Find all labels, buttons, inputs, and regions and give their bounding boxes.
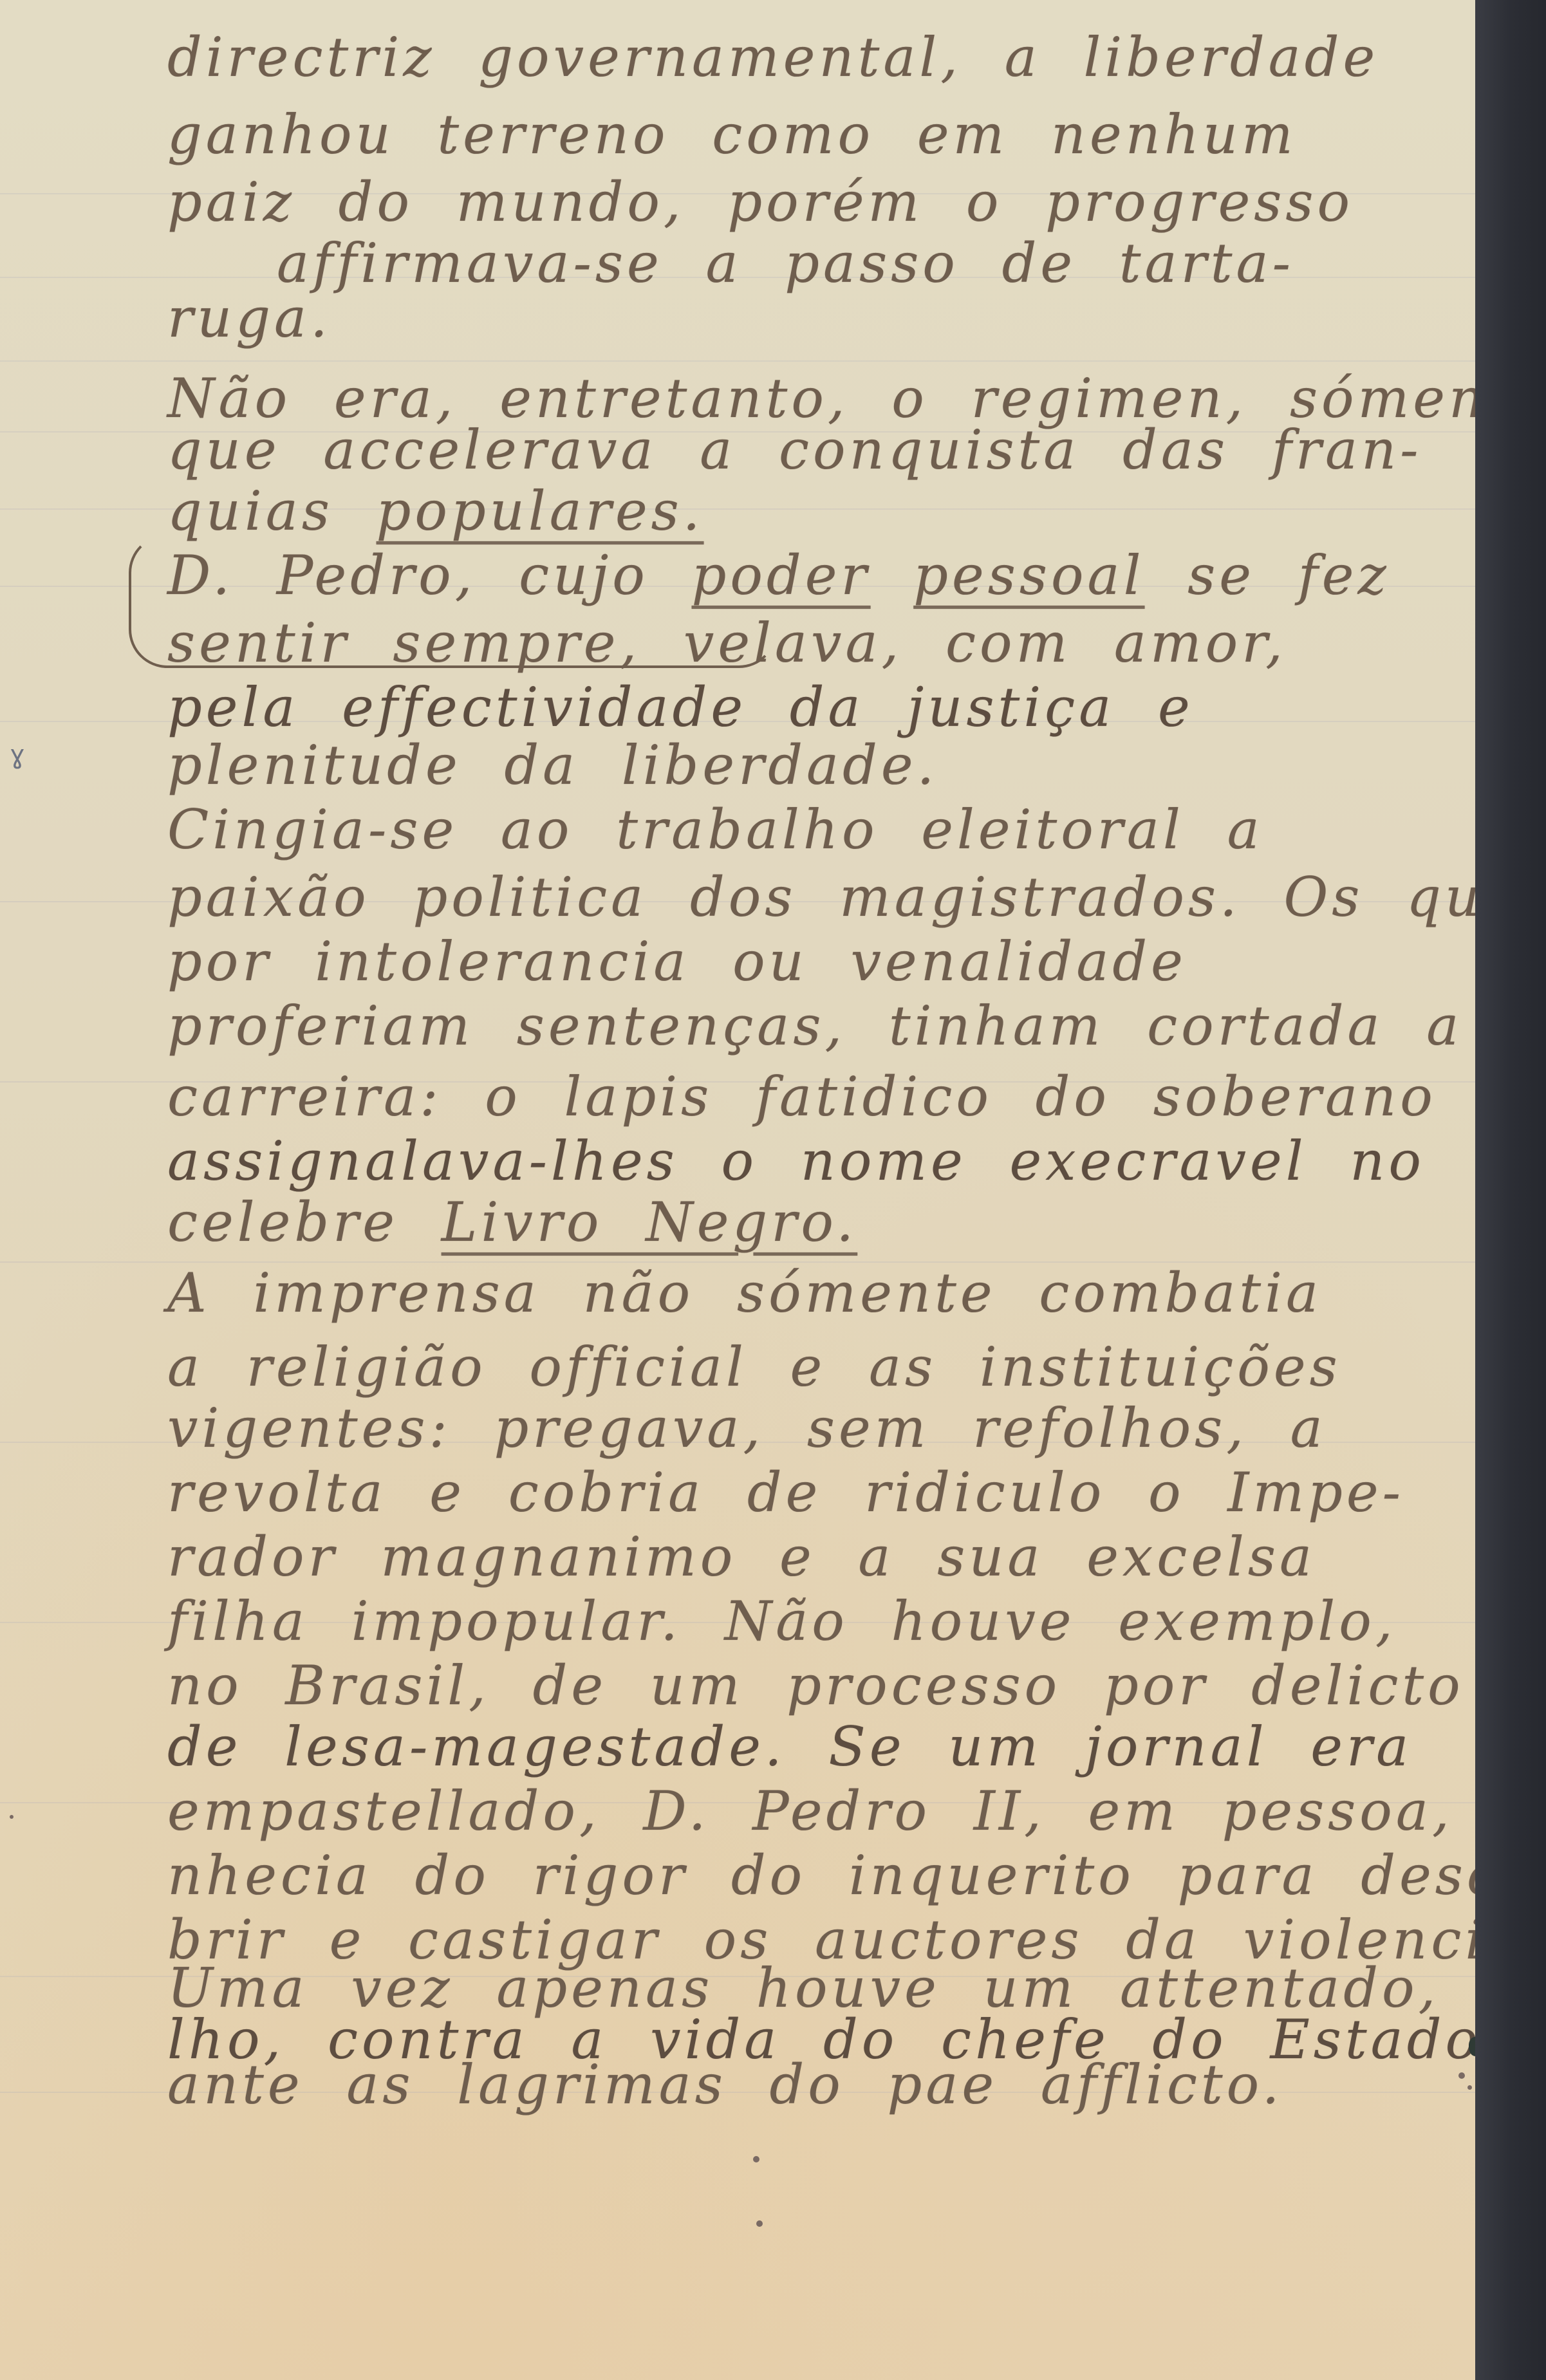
line-segment: quias: [167, 479, 377, 543]
margin-mark: ɣ: [10, 740, 25, 770]
manuscript-line: no Brasil, de um processo por delicto: [167, 1654, 1464, 1717]
manuscript-line: ganhou terreno como em nenhum: [167, 103, 1297, 166]
manuscript-line: paiz do mundo, porém o progresso: [167, 171, 1354, 234]
manuscript-line: paixão politica dos magistrados. Os que: [167, 866, 1520, 929]
manuscript-line: ante as lagrimas do pae afflicto.: [167, 2053, 1283, 2116]
manuscript-line: plenitude da liberdade.: [167, 734, 938, 797]
line-segment: se fez: [1144, 544, 1390, 607]
manuscript-line: directriz governamental, a liberdade: [167, 26, 1379, 89]
line-segment: [871, 544, 914, 607]
line-segment: D. Pedro, cujo: [167, 544, 692, 607]
underlined-word: poder: [692, 544, 871, 607]
manuscript-line: pela effectividade da justiça e: [167, 676, 1194, 739]
book-binding-edge: [1475, 0, 1546, 2380]
manuscript-line: filha impopular. Não houve exemplo,: [167, 1590, 1397, 1653]
manuscript-line: ruga.: [167, 286, 331, 349]
manuscript-page: directriz governamental, a liberdade gan…: [0, 0, 1506, 2380]
ink-dot: [1458, 2072, 1465, 2079]
manuscript-line: rador magnanimo e a sua excelsa: [167, 1525, 1316, 1588]
manuscript-line: assignalava-lhes o nome execravel no: [167, 1130, 1425, 1193]
ink-dot: [1467, 2085, 1472, 2090]
underlined-title: Livro Negro.: [442, 1191, 857, 1254]
ruled-line: [0, 360, 1480, 362]
manuscript-line: Cingia-se ao trabalho eleitoral a: [167, 798, 1263, 861]
manuscript-line: affirmava-se a passo de tarta-: [277, 232, 1294, 295]
ink-dot: [10, 1815, 14, 1819]
manuscript-line: carreira: o lapis fatidico do soberano: [167, 1065, 1437, 1128]
manuscript-line: sentir sempre, velava, com amor,: [167, 611, 1287, 674]
underlined-word: pessoal: [913, 544, 1144, 607]
manuscript-line: vigentes: pregava, sem refolhos, a: [167, 1397, 1327, 1460]
ink-dot: [756, 2220, 763, 2227]
manuscript-line: por intolerancia ou venalidade: [167, 930, 1187, 993]
manuscript-line: A imprensa não sómente combatia: [167, 1261, 1322, 1325]
manuscript-line-bracketed: D. Pedro, cujo poder pessoal se fez: [167, 544, 1390, 607]
manuscript-line: empastellado, D. Pedro II, em pessoa, co…: [167, 1780, 1546, 1843]
manuscript-line: de lesa-magestade. Se um jornal era: [167, 1715, 1412, 1778]
ink-dot: [753, 2156, 759, 2162]
manuscript-line: que accelerava a conquista das fran-: [167, 418, 1422, 481]
manuscript-line: nhecia do rigor do inquerito para desco-: [167, 1844, 1546, 1907]
underlined-word: populares.: [377, 479, 704, 543]
manuscript-line: revolta e cobria de ridiculo o Impe-: [167, 1461, 1404, 1524]
line-segment: celebre: [167, 1191, 442, 1254]
manuscript-line: proferiam sentenças, tinham cortada a: [167, 994, 1462, 1057]
manuscript-line: a religião official e as instituições: [167, 1335, 1341, 1399]
manuscript-line-bracketed: quias populares.: [167, 479, 703, 543]
manuscript-line: celebre Livro Negro.: [167, 1191, 857, 1254]
